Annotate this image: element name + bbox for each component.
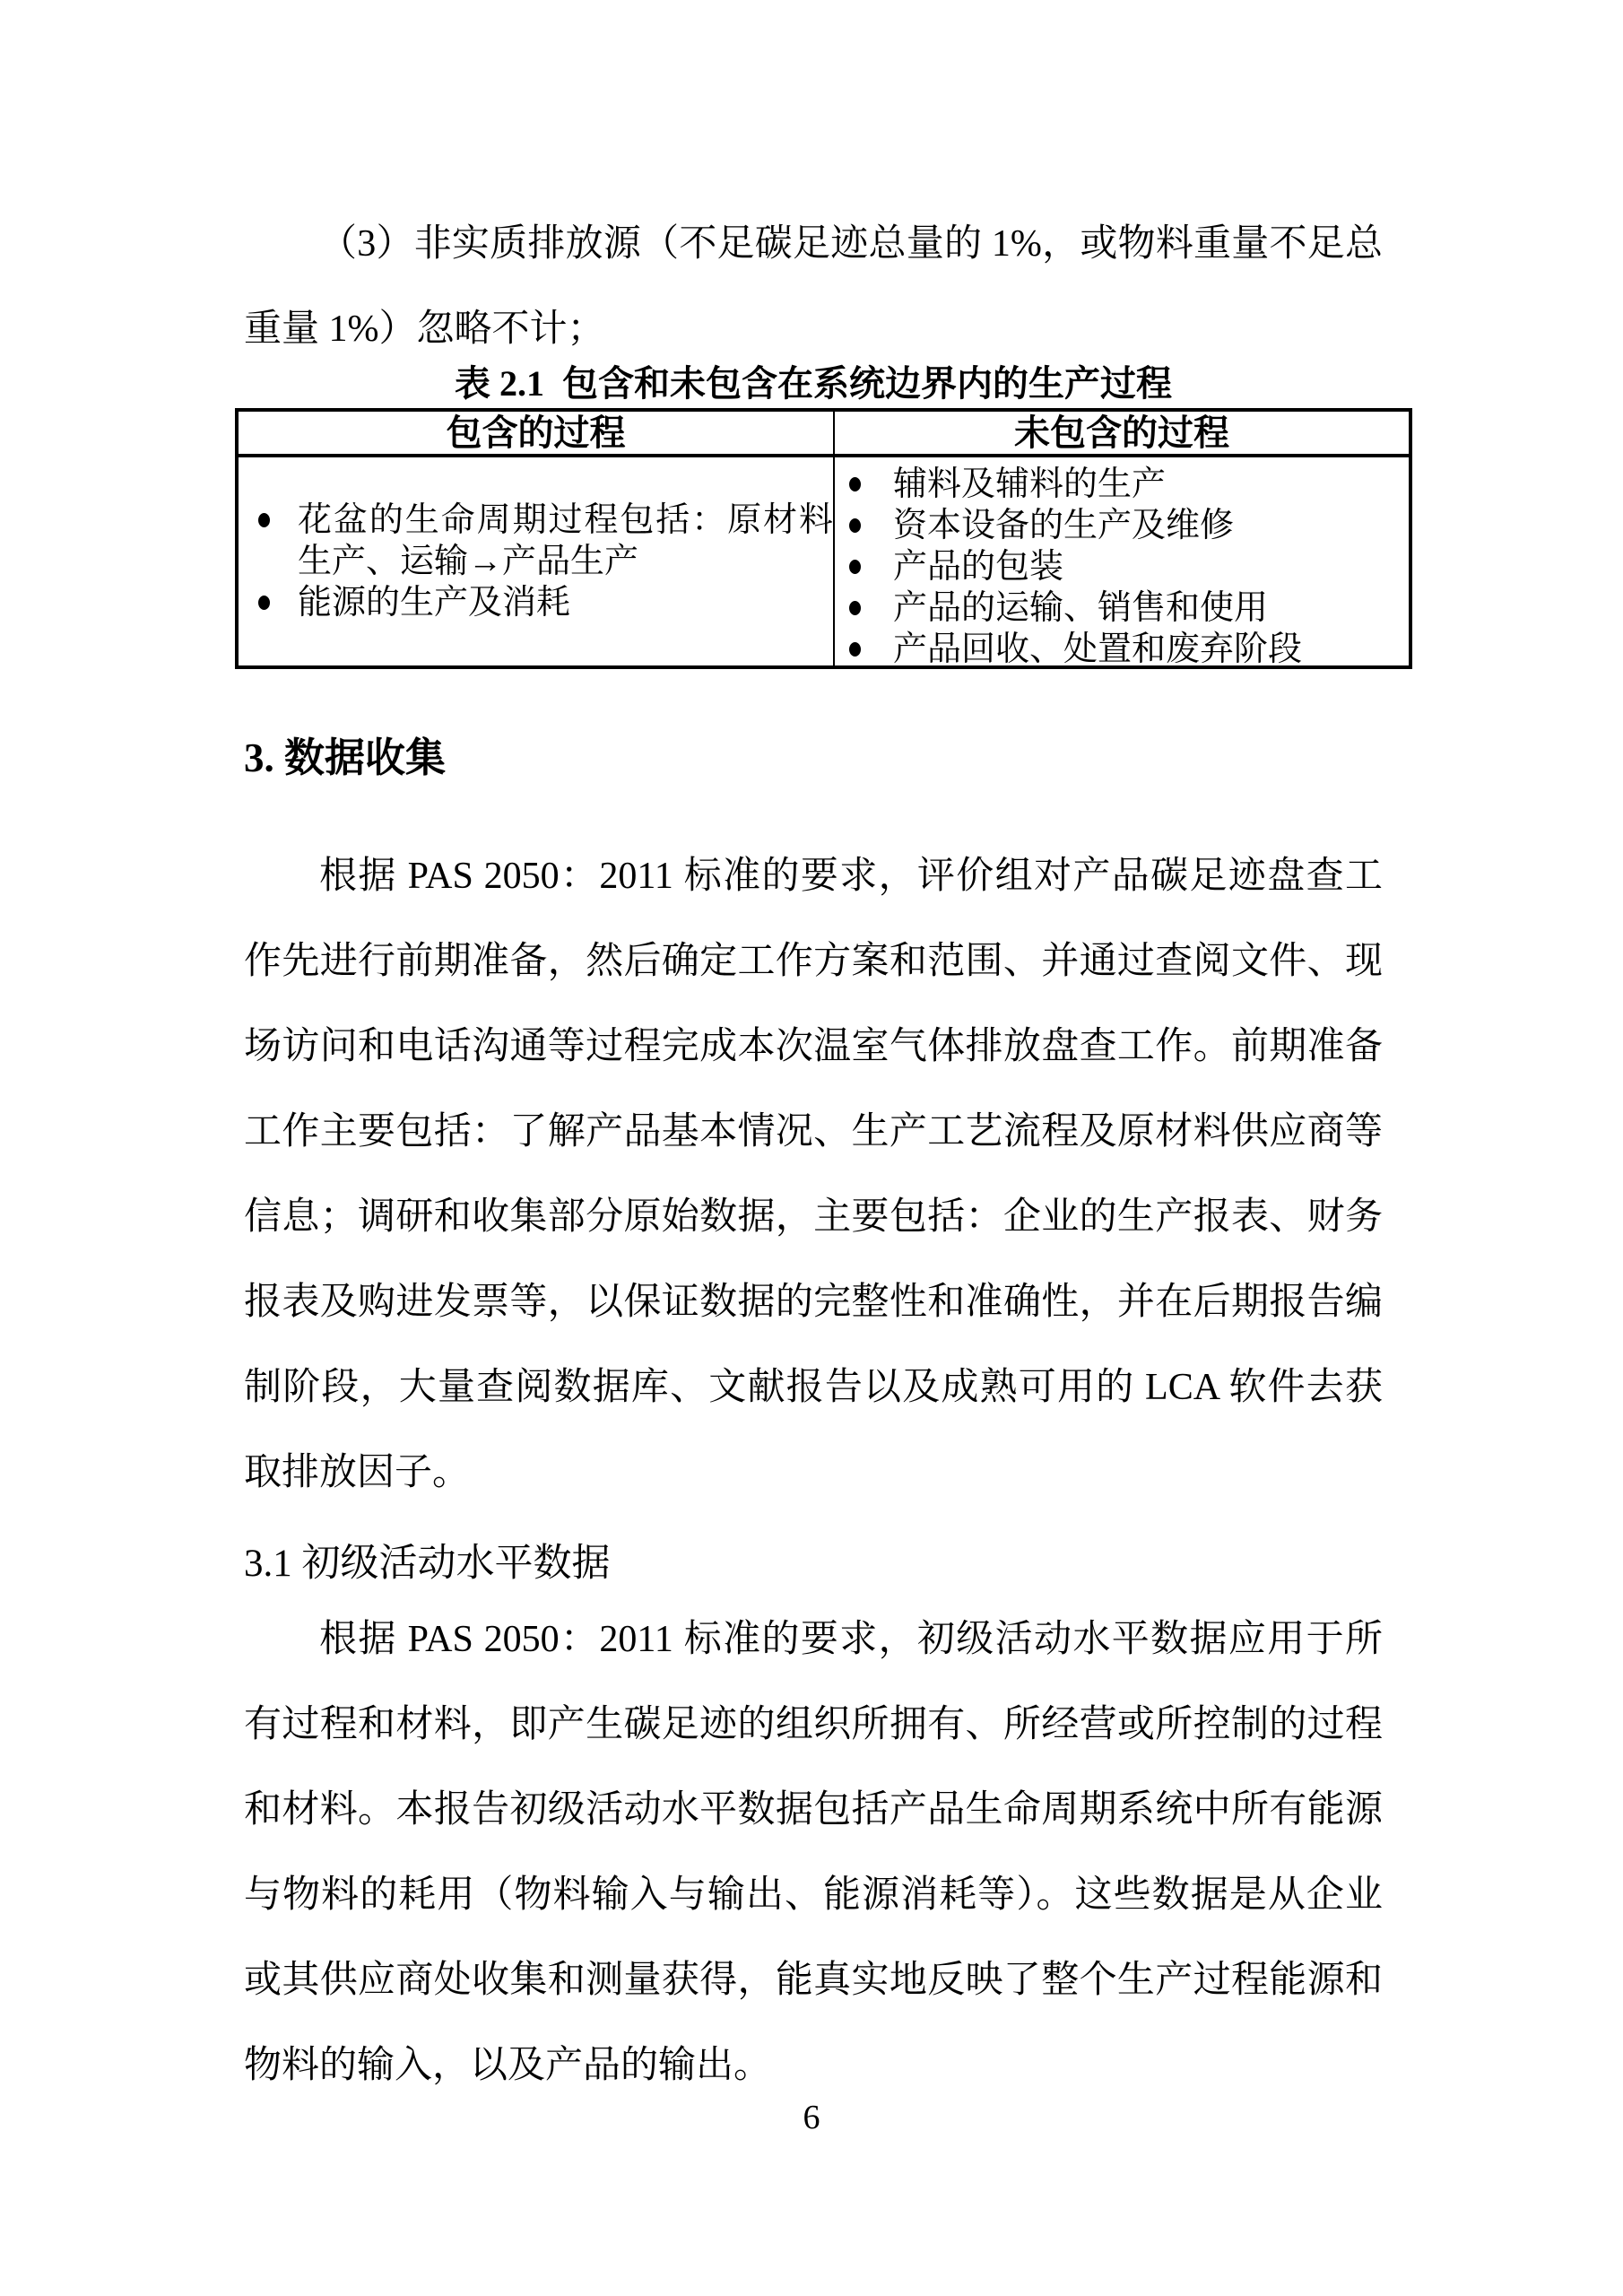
bullet-item-text: 花盆的生命周期过程包括：原材料生产、运输→产品生产 bbox=[298, 500, 833, 582]
excluded-process-list: 辅料及辅料的生产资本设备的生产及维修产品的包装产品的运输、销售和使用产品回收、处… bbox=[835, 464, 1409, 665]
bullet-dot-icon bbox=[849, 601, 861, 615]
bullet-item: 辅料及辅料的生产 bbox=[835, 464, 1409, 505]
included-processes-cell: 花盆的生命周期过程包括：原材料生产、运输→产品生产能源的生产及消耗 bbox=[239, 457, 835, 665]
bullet-item-text: 产品的包装 bbox=[893, 546, 1409, 587]
section-3-paragraph: 根据 PAS 2050：2011 标准的要求，评价组对产品碳足迹盘查工作先进行前… bbox=[244, 834, 1383, 1516]
table-caption: 表 2.1 包含和未包含在系统边界内的生产过程 bbox=[244, 361, 1383, 407]
system-boundary-table: 包含的过程 未包含的过程 花盆的生命周期过程包括：原材料生产、运输→产品生产能源… bbox=[235, 408, 1412, 669]
bullet-dot-icon bbox=[849, 518, 861, 533]
bullet-item-text: 资本设备的生产及维修 bbox=[893, 505, 1409, 546]
table-body-row: 花盆的生命周期过程包括：原材料生产、运输→产品生产能源的生产及消耗 辅料及辅料的… bbox=[239, 457, 1409, 665]
table-header-row: 包含的过程 未包含的过程 bbox=[239, 412, 1409, 457]
bullet-item-text: 能源的生产及消耗 bbox=[298, 582, 833, 623]
section-3-heading: 3. 数据收集 bbox=[244, 732, 446, 784]
bullet-dot-icon bbox=[258, 596, 270, 610]
bullet-item-text: 产品回收、处置和废弃阶段 bbox=[893, 629, 1409, 665]
paragraph-exclusion-rule: （3）非实质排放源（不足碳足迹总量的 1%，或物料重量不足总重量 1%）忽略不计… bbox=[244, 202, 1383, 372]
section-3-1-heading: 3.1 初级活动水平数据 bbox=[244, 1537, 611, 1591]
bullet-item: 资本设备的生产及维修 bbox=[835, 505, 1409, 546]
column-header-excluded-processes: 未包含的过程 bbox=[835, 412, 1409, 454]
bullet-item: 产品回收、处置和废弃阶段 bbox=[835, 629, 1409, 665]
excluded-processes-cell: 辅料及辅料的生产资本设备的生产及维修产品的包装产品的运输、销售和使用产品回收、处… bbox=[835, 457, 1409, 665]
bullet-dot-icon bbox=[849, 560, 861, 574]
bullet-dot-icon bbox=[849, 642, 861, 657]
bullet-item: 产品的运输、销售和使用 bbox=[835, 587, 1409, 629]
bullet-item: 能源的生产及消耗 bbox=[239, 582, 833, 623]
bullet-item-text: 辅料及辅料的生产 bbox=[893, 464, 1409, 505]
column-header-included-processes: 包含的过程 bbox=[239, 412, 835, 454]
section-3-1-paragraph: 根据 PAS 2050：2011 标准的要求，初级活动水平数据应用于所有过程和材… bbox=[244, 1597, 1383, 2109]
page-number: 6 bbox=[0, 2097, 1623, 2138]
bullet-item-text: 产品的运输、销售和使用 bbox=[893, 587, 1409, 629]
bullet-item: 产品的包装 bbox=[835, 546, 1409, 587]
bullet-dot-icon bbox=[258, 513, 270, 527]
bullet-item: 花盆的生命周期过程包括：原材料生产、运输→产品生产 bbox=[239, 500, 833, 582]
bullet-dot-icon bbox=[849, 477, 861, 491]
included-process-list: 花盆的生命周期过程包括：原材料生产、运输→产品生产能源的生产及消耗 bbox=[239, 500, 833, 623]
